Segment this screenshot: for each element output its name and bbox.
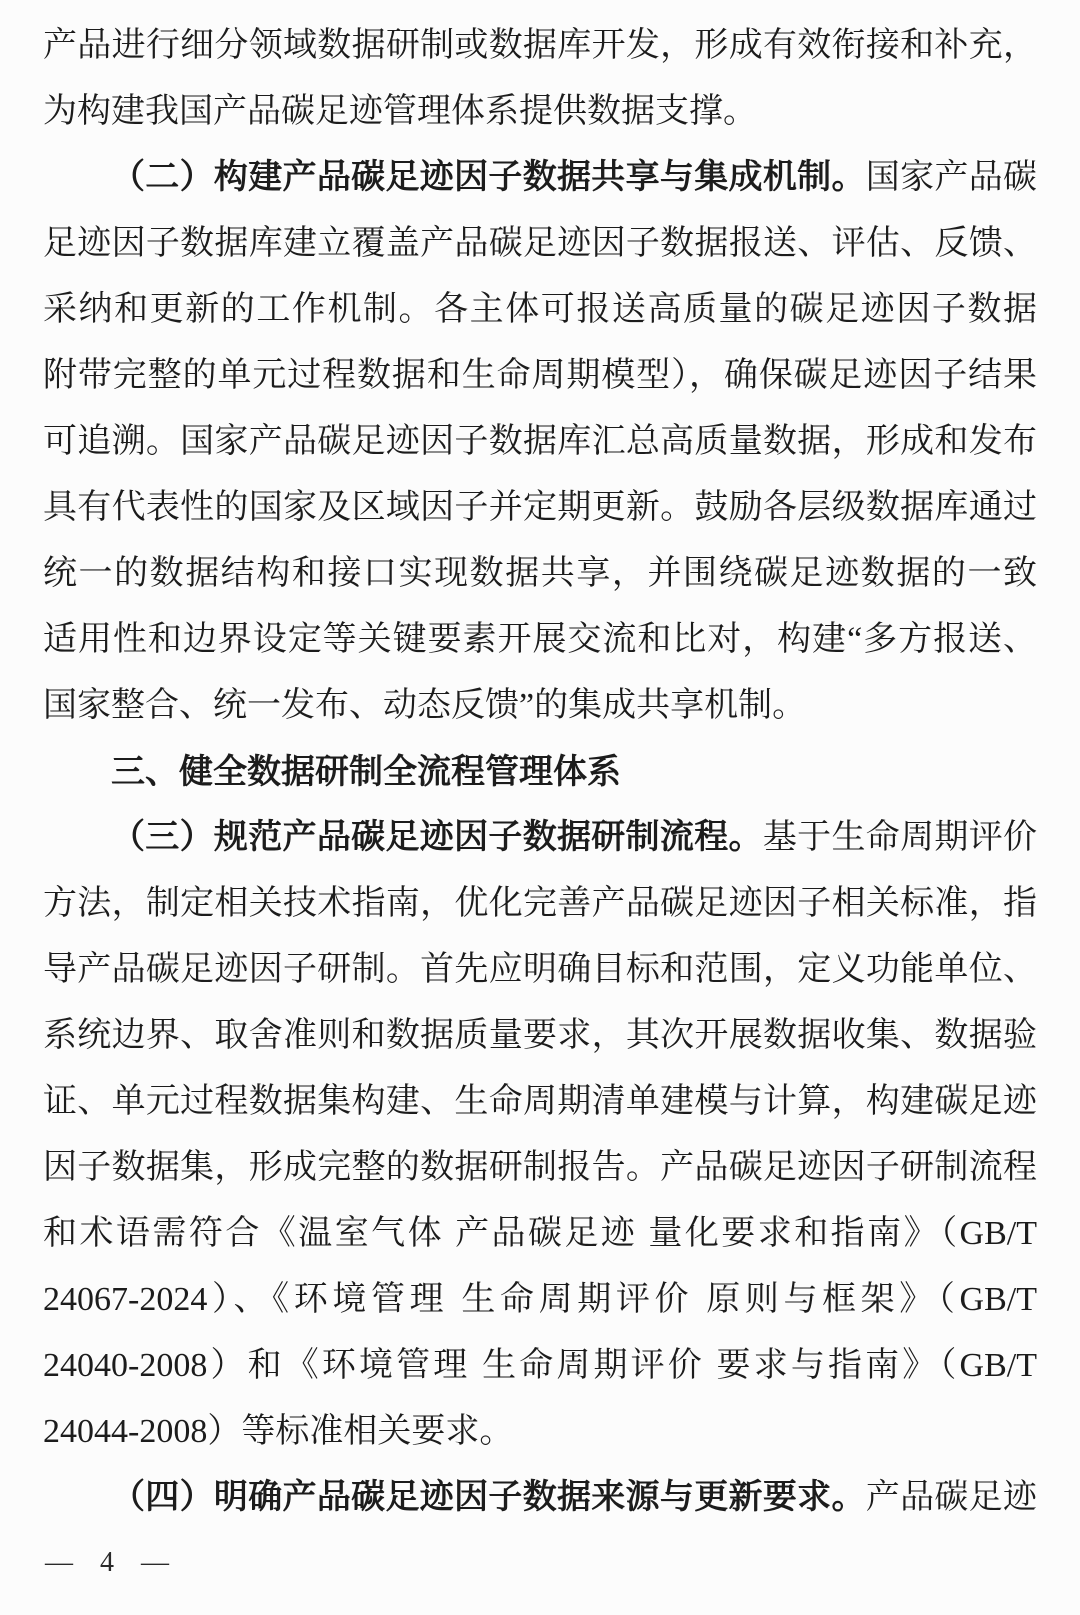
section-heading-line: 三、健全数据研制全流程管理体系 bbox=[43, 739, 1037, 805]
line-text: 证、单元过程数据集构建、生命周期清单建模与计算，构建碳足迹 bbox=[43, 1083, 1037, 1120]
line-text: 和术语需符合《温室气体 产品碳足迹 量化要求和指南》（GB/T bbox=[43, 1215, 1037, 1252]
line-text: 产品碳足迹 bbox=[866, 1479, 1037, 1516]
line-text: 24040-2008）和《环境管理 生命周期评价 要求与指南》（GB/T bbox=[43, 1347, 1037, 1384]
text-line: 产品进行细分领域数据研制或数据库开发，形成有效衔接和补充， bbox=[43, 13, 1037, 79]
section-item-heading-line: （二）构建产品碳足迹因子数据共享与集成机制。国家产品碳 bbox=[43, 145, 1037, 211]
line-text: 24044-2008）等标准相关要求。 bbox=[43, 1413, 513, 1450]
text-line: 统一的数据结构和接口实现数据共享，并围绕碳足迹数据的一致性、 bbox=[43, 541, 1037, 607]
line-text: 因子数据集，形成完整的数据研制报告。产品碳足迹因子研制流程 bbox=[43, 1149, 1037, 1186]
line-text: 产品进行细分领域数据研制或数据库开发，形成有效衔接和补充， bbox=[43, 27, 1037, 64]
line-lead: （二）构建产品碳足迹因子数据共享与集成机制。 bbox=[111, 159, 866, 196]
line-text: 采纳和更新的工作机制。各主体可报送高质量的碳足迹因子数据（应 bbox=[43, 291, 1037, 343]
text-line: 附带完整的单元过程数据和生命周期模型），确保碳足迹因子结果 bbox=[43, 343, 1037, 409]
text-line: 可追溯。国家产品碳足迹因子数据库汇总高质量数据，形成和发布 bbox=[43, 409, 1037, 475]
line-text: 24067-2024）、《环境管理 生命周期评价 原则与框架》（GB/T bbox=[43, 1281, 1037, 1318]
text-line: 24067-2024）、《环境管理 生命周期评价 原则与框架》（GB/T bbox=[43, 1267, 1037, 1333]
text-line: 为构建我国产品碳足迹管理体系提供数据支撑。 bbox=[43, 79, 1037, 145]
line-text: 具有代表性的国家及区域因子并定期更新。鼓励各层级数据库通过 bbox=[43, 489, 1037, 526]
text-line: 具有代表性的国家及区域因子并定期更新。鼓励各层级数据库通过 bbox=[43, 475, 1037, 541]
text-line: 证、单元过程数据集构建、生命周期清单建模与计算，构建碳足迹 bbox=[43, 1069, 1037, 1135]
line-text: 附带完整的单元过程数据和生命周期模型），确保碳足迹因子结果 bbox=[43, 357, 1037, 394]
text-line: 足迹因子数据库建立覆盖产品碳足迹因子数据报送、评估、反馈、 bbox=[43, 211, 1037, 277]
line-text: 为构建我国产品碳足迹管理体系提供数据支撑。 bbox=[43, 93, 757, 130]
text-line: 国家整合、统一发布、动态反馈”的集成共享机制。 bbox=[43, 673, 1037, 739]
text-line: 和术语需符合《温室气体 产品碳足迹 量化要求和指南》（GB/T bbox=[43, 1201, 1037, 1267]
line-lead: （四）明确产品碳足迹因子数据来源与更新要求。 bbox=[111, 1479, 866, 1516]
document-page: 产品进行细分领域数据研制或数据库开发，形成有效衔接和补充， 为构建我国产品碳足迹… bbox=[0, 0, 1080, 1615]
line-text: 系统边界、取舍准则和数据质量要求，其次开展数据收集、数据验 bbox=[43, 1017, 1037, 1054]
line-text: 可追溯。国家产品碳足迹因子数据库汇总高质量数据，形成和发布 bbox=[43, 423, 1037, 460]
text-line: 适用性和边界设定等关键要素开展交流和比对，构建“多方报送、 bbox=[43, 607, 1037, 673]
text-line: 系统边界、取舍准则和数据质量要求，其次开展数据收集、数据验 bbox=[43, 1003, 1037, 1069]
line-lead: 三、健全数据研制全流程管理体系 bbox=[111, 753, 621, 791]
text-line: 导产品碳足迹因子研制。首先应明确目标和范围，定义功能单位、 bbox=[43, 937, 1037, 1003]
line-text: 适用性和边界设定等关键要素开展交流和比对，构建“多方报送、 bbox=[43, 621, 1037, 658]
line-text: 方法，制定相关技术指南，优化完善产品碳足迹因子相关标准，指 bbox=[43, 885, 1037, 922]
page-number: — 4 — bbox=[45, 1541, 179, 1585]
line-text: 足迹因子数据库建立覆盖产品碳足迹因子数据报送、评估、反馈、 bbox=[43, 225, 1037, 262]
line-lead: （三）规范产品碳足迹因子数据研制流程。 bbox=[111, 819, 763, 856]
line-text: 国家整合、统一发布、动态反馈”的集成共享机制。 bbox=[43, 687, 806, 724]
section-item-heading-line: （四）明确产品碳足迹因子数据来源与更新要求。产品碳足迹 bbox=[43, 1465, 1037, 1531]
line-text: 基于生命周期评价 bbox=[763, 819, 1037, 856]
text-line: 24044-2008）等标准相关要求。 bbox=[43, 1399, 1037, 1465]
text-line: 采纳和更新的工作机制。各主体可报送高质量的碳足迹因子数据（应 bbox=[43, 277, 1037, 343]
section-item-heading-line: （三）规范产品碳足迹因子数据研制流程。基于生命周期评价 bbox=[43, 805, 1037, 871]
text-line: 因子数据集，形成完整的数据研制报告。产品碳足迹因子研制流程 bbox=[43, 1135, 1037, 1201]
text-line: 24040-2008）和《环境管理 生命周期评价 要求与指南》（GB/T bbox=[43, 1333, 1037, 1399]
document-body: 产品进行细分领域数据研制或数据库开发，形成有效衔接和补充， 为构建我国产品碳足迹… bbox=[43, 13, 1037, 1531]
line-text: 统一的数据结构和接口实现数据共享，并围绕碳足迹数据的一致性、 bbox=[43, 555, 1037, 607]
text-line: 方法，制定相关技术指南，优化完善产品碳足迹因子相关标准，指 bbox=[43, 871, 1037, 937]
line-text: 国家产品碳 bbox=[866, 159, 1037, 196]
line-text: 导产品碳足迹因子研制。首先应明确目标和范围，定义功能单位、 bbox=[43, 951, 1037, 988]
